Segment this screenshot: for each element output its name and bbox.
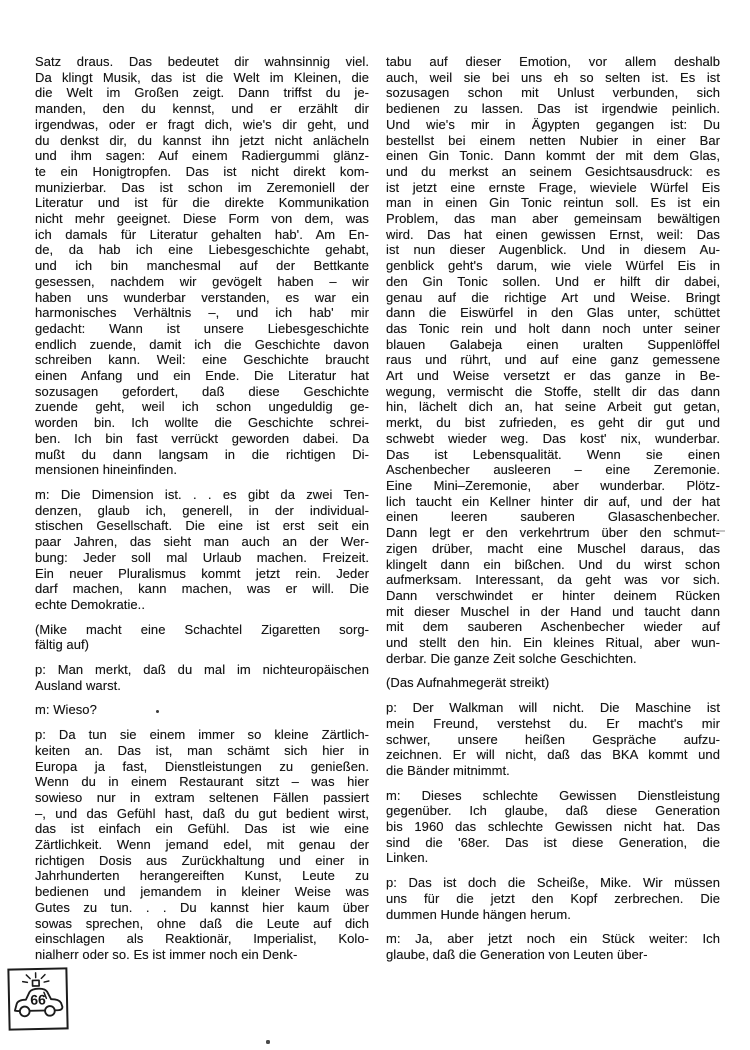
text-line: schwebt wieder weg. Das kost' nix, wunde… <box>386 431 720 447</box>
text-line: richtigen Dosis aus Zurückhaltung und ei… <box>35 853 369 869</box>
text-line: genau auf die richtige Art und Weise. Br… <box>386 290 720 306</box>
text-line: und ihm sagen: Auf einem Radiergummi glä… <box>35 148 369 164</box>
text-line: manden, den du kennst, und er erzählt di… <box>35 101 369 117</box>
text-line: hin, lächelt dich an, hat seine Arbeit g… <box>386 399 720 415</box>
text-line: sozusagen schon mit Unlust verbunden, si… <box>386 85 720 101</box>
paragraph: (Das Aufnahmegerät streikt) <box>386 675 720 691</box>
text-line: Eine Mini–Zeremonie, aber wunderbar. Plö… <box>386 478 720 494</box>
text-line: Wenn du in einem Restaurant sitzt – was … <box>35 774 369 790</box>
text-line: du denkst dir, du kannst ihn jetzt nicht… <box>35 133 369 149</box>
paragraph: p: Da tun sie einem immer so kleine Zärt… <box>35 727 369 963</box>
text-line: das ist einfach ein Gefühl. Das ist wie … <box>35 821 369 837</box>
text-line: auch, weil sie bei uns eh so selten ist.… <box>386 70 720 86</box>
text-line: fältig auf) <box>35 637 369 653</box>
text-line: keiten an. Das ist, man schämt sich hier… <box>35 743 369 759</box>
text-line: klingelt dann ein bißchen. Und du wirst … <box>386 557 720 573</box>
text-line: ich damals für Literatur gehalten hab'. … <box>35 227 369 243</box>
paragraph: p: Das ist doch die Scheiße, Mike. Wir m… <box>386 875 720 922</box>
text-line: gedacht: Wann ist unsere Liebesgeschicht… <box>35 321 369 337</box>
text-line: (Mike macht eine Schachtel Zigaretten so… <box>35 622 369 638</box>
text-line: endlich zuende, damit ich die Geschichte… <box>35 337 369 353</box>
text-line: p: Da tun sie einem immer so kleine Zärt… <box>35 727 369 743</box>
text-line: Art und Weise versetzt er das ganze in B… <box>386 368 720 384</box>
text-line: Dann legt er den verkehrtrum über den sc… <box>386 525 720 541</box>
text-line: paar Jahren, das sieht man auch an der W… <box>35 534 369 550</box>
text-line: Dann verschwindet er hinter deinem Rücke… <box>386 588 720 604</box>
paragraph: (Mike macht eine Schachtel Zigaretten so… <box>35 622 369 653</box>
text-line: mensionen hineinfinden. <box>35 462 369 478</box>
text-line: derbar. Die ganze Zeit solche Geschichte… <box>386 651 720 667</box>
text-line: zeichnen. Er will nicht, daß das BKA kom… <box>386 747 720 763</box>
text-line: nialherr oder so. Es ist immer noch ein … <box>35 947 369 963</box>
text-line: genblick geht's darum, wie viele Würfel … <box>386 258 720 274</box>
paragraph: m: Ja, aber jetzt noch ein Stück weiter:… <box>386 931 720 962</box>
paragraph: m: Dieses schlechte Gewissen Dienstleist… <box>386 788 720 867</box>
text-line: Aschenbecher ausleeren – eine Zeremonie. <box>386 462 720 478</box>
text-line: (Das Aufnahmegerät streikt) <box>386 675 720 691</box>
text-line: schwer, unsere heißen Gespräche aufzu- <box>386 732 720 748</box>
text-line: lich taucht ein Kellner hinter dir auf, … <box>386 494 720 510</box>
text-column-left: Satz draus. Das bedeutet dir wahnsinnig … <box>35 54 369 963</box>
text-line: bestellst bei einem netten Nubier in ein… <box>386 133 720 149</box>
text-line: Da klingt Musik, das ist die Welt im Kle… <box>35 70 369 86</box>
text-line: bis 1960 das schlechte Gewissen nicht ha… <box>386 819 720 835</box>
text-line: sowieso nur in extram seltenen Fällen pa… <box>35 790 369 806</box>
text-line: schreiben kann. Weil: eine Geschichte br… <box>35 352 369 368</box>
text-line: irgendwas, oder er fragt dich, wie's dir… <box>35 117 369 133</box>
text-line: stischen Gesellschaft. Die eine ist erst… <box>35 518 369 534</box>
text-line: Literatur und ist für die direkte Kommun… <box>35 195 369 211</box>
text-line: dummen Hunde hängen herum. <box>386 907 720 923</box>
text-line: merkt, du bist zufrieden, es geht dir gu… <box>386 415 720 431</box>
text-line: ben. Ich bin fast verrückt geworden dabe… <box>35 431 369 447</box>
text-line: mußt du dann langsam in die richtigen Di… <box>35 447 369 463</box>
text-line: mit dieser Muschel in der Hand und tauch… <box>386 604 720 620</box>
text-line: den Gin Tonic sollen. Und er hilft dir d… <box>386 274 720 290</box>
text-line: und ich bin manchesmal auf der Bettkante <box>35 258 369 274</box>
text-line: de, da hab ich eine Liebesgeschichte geh… <box>35 242 369 258</box>
text-line: Zärtlichkeit. Wenn jemand edel, mit gena… <box>35 837 369 853</box>
text-line: tabu auf dieser Emotion, vor allem desha… <box>386 54 720 70</box>
text-line: darf machen, kann machen, was er will. D… <box>35 581 369 597</box>
text-line: te ein Honigtropfen. Das ist nicht direk… <box>35 164 369 180</box>
text-line: einen leeren sauberen Glasaschenbecher. <box>386 509 720 525</box>
text-line: glaube, daß die Generation von Leuten üb… <box>386 947 720 963</box>
text-line: Ausland warst. <box>35 678 369 694</box>
text-line: das Tonic rein und holt dann noch unter … <box>386 321 720 337</box>
paragraph: m: Wieso? <box>35 702 369 718</box>
text-line: Ein neuer Pluralismus kommt jetzt rein. … <box>35 566 369 582</box>
text-line: Das ist Lebensqualität. Wenn sie einen <box>386 447 720 463</box>
text-line: raus und rührt, und auf eine ganz gemess… <box>386 352 720 368</box>
paragraph: p: Der Walkman will nicht. Die Maschine … <box>386 700 720 779</box>
paragraph: p: Man merkt, daß du mal im nichteuropäi… <box>35 662 369 693</box>
scan-artifact-dot <box>156 710 159 713</box>
scan-artifact-dash <box>716 530 725 532</box>
text-line: nicht mehr geeignet. Diese Form von dem,… <box>35 211 369 227</box>
text-line: Satz draus. Das bedeutet dir wahnsinnig … <box>35 54 369 70</box>
text-line: man in einen Gin Tonic reintun soll. Es … <box>386 195 720 211</box>
text-line: m: Ja, aber jetzt noch ein Stück weiter:… <box>386 931 720 947</box>
text-line: mit dem sauberen Aschenbecher wieder auf <box>386 619 720 635</box>
text-line: Europa ja fast, Dienstleistungen zu geni… <box>35 759 369 775</box>
paragraph: m: Die Dimension ist. . . es gibt da zwe… <box>35 487 369 613</box>
text-line: bedienen und jemandem in kleiner Weise w… <box>35 884 369 900</box>
text-line: munizierbar. Das ist schon im Zeremoniel… <box>35 180 369 196</box>
text-line: p: Man merkt, daß du mal im nichteuropäi… <box>35 662 369 678</box>
text-line: einschlagen als Reaktionär, Imperialist,… <box>35 931 369 947</box>
text-line: einen Anfang und ein Ende. Die Literatur… <box>35 368 369 384</box>
paragraph: Satz draus. Das bedeutet dir wahnsinnig … <box>35 54 369 478</box>
text-line: Jahrhunderten herangereiften Kunst, Leut… <box>35 868 369 884</box>
text-line: harmonisches Verhältnis –, und ich hab' … <box>35 305 369 321</box>
text-line: Linken. <box>386 850 720 866</box>
text-line: sowas sprechen, ohne daß die Leute auf d… <box>35 916 369 932</box>
document-page: Satz draus. Das bedeutet dir wahnsinnig … <box>0 0 750 1050</box>
text-line: zuende geht, weil ich schon ungeduldig g… <box>35 399 369 415</box>
paragraph: tabu auf dieser Emotion, vor allem desha… <box>386 54 720 666</box>
page-number: 66 <box>30 991 46 1007</box>
text-line: echte Demokratie.. <box>35 597 369 613</box>
text-line: gesessen, nachdem wir gevögelt haben – w… <box>35 274 369 290</box>
text-line: –, und das Gefühl hast, daß du gut bedie… <box>35 806 369 822</box>
text-line: m: Wieso? <box>35 702 369 718</box>
text-line: ist nun dieser Augenblick. Und in diesem… <box>386 242 720 258</box>
text-line: m: Die Dimension ist. . . es gibt da zwe… <box>35 487 369 503</box>
text-line: ist jetzt eine ernste Frage, wieviele Wü… <box>386 180 720 196</box>
text-line: mein Freund, verstehst du. Er macht's mi… <box>386 716 720 732</box>
text-line: wegung, vermischt die Stoffe, stellt dir… <box>386 384 720 400</box>
text-line: sozusagen gefordert, daß diese Geschicht… <box>35 384 369 400</box>
text-line: blauen Galabeja einen uralten Suppenlöff… <box>386 337 720 353</box>
text-line: einen Gin Tonic. Dann kommt der mit dem … <box>386 148 720 164</box>
text-line: denzen, glaub ich, generell, in der indi… <box>35 503 369 519</box>
text-line: haben uns wunderbar verstanden, es war e… <box>35 290 369 306</box>
scan-artifact-dot <box>266 1040 270 1044</box>
text-line: und du merkst an seinem Gesichtsausdruck… <box>386 164 720 180</box>
text-line: Und wie's mir in Ägypten gegangen ist: D… <box>386 117 720 133</box>
text-line: uns für die jetzt den Kopf zerbrechen. D… <box>386 891 720 907</box>
text-line: worden bin. Ich wollte die Geschichte sc… <box>35 415 369 431</box>
text-line: bedienen zu lassen. Das ist irgendwie pe… <box>386 101 720 117</box>
text-line: bung: Jeder soll mal Urlaub machen. Frei… <box>35 550 369 566</box>
text-line: Gutes zu tun. . . Du kannst hier kaum üb… <box>35 900 369 916</box>
text-line: p: Der Walkman will nicht. Die Maschine … <box>386 700 720 716</box>
text-column-right: tabu auf dieser Emotion, vor allem desha… <box>386 54 720 963</box>
two-column-text-block: Satz draus. Das bedeutet dir wahnsinnig … <box>35 54 720 963</box>
text-line: dann die Eiswürfel in den Glas unter, sc… <box>386 305 720 321</box>
text-line: die Bänder mitnimmt. <box>386 763 720 779</box>
police-car-icon: 66 <box>9 969 66 1028</box>
text-line: Problem, das man aber gemeinsam bewältig… <box>386 211 720 227</box>
text-line: m: Dieses schlechte Gewissen Dienstleist… <box>386 788 720 804</box>
page-number-badge: 66 <box>7 967 68 1030</box>
text-line: die Welt im Großen zeigt. Dann triffst d… <box>35 85 369 101</box>
text-line: zigen drüber, macht eine Muschel daraus,… <box>386 541 720 557</box>
text-line: sind die '68er. Das ist diese Generation… <box>386 835 720 851</box>
text-line: p: Das ist doch die Scheiße, Mike. Wir m… <box>386 875 720 891</box>
text-line: gegenüber. Ich glaube, daß diese Generat… <box>386 803 720 819</box>
text-line: und stellt den hin. Ein kleines Ritual, … <box>386 635 720 651</box>
text-line: wird. Das hat einen gewissen Ernst, weil… <box>386 227 720 243</box>
text-line: aufmerksam. Interessant, da geht was vor… <box>386 572 720 588</box>
